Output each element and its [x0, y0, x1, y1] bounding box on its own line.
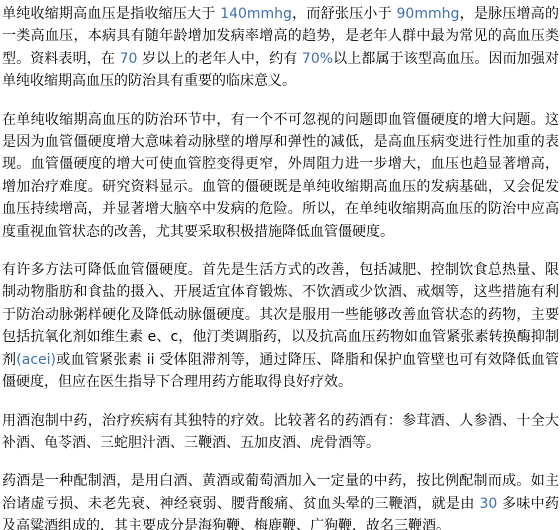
- highlighted-value: 30: [479, 496, 497, 512]
- paragraph-medicinal-wine-intro: 用酒泡制中药，治疗疾病有其独特的疗效。比较著名的药酒有：参茸酒、人参酒、十全大补…: [2, 410, 559, 455]
- text-run: ，而舒张压小于: [292, 6, 397, 22]
- paragraph-hypertension-intro: 单纯收缩期高血压是指收缩压大于 140mmhg，而舒张压小于 90mmhg，是脉…: [2, 3, 559, 93]
- highlighted-value: 140mmhg: [220, 6, 292, 22]
- highlighted-value: (acei): [16, 352, 56, 368]
- highlighted-value: 70%: [302, 51, 333, 67]
- highlighted-value: 90mmhg: [397, 6, 460, 22]
- text-run: 药酒是一种配制酒，是用白酒、黄酒或葡萄酒加入一定量的中药，按比例配制而成。如主治…: [2, 473, 559, 511]
- paragraph-vascular-stiffness: 在单纯收缩期高血压的防治环节中，有一个不可忽视的问题即血管僵硬度的增大问题。这是…: [2, 109, 559, 243]
- text-run: 在单纯收缩期高血压的防治环节中，有一个不可忽视的问题即血管僵硬度的增大问题。这是…: [2, 112, 559, 240]
- article-page: 单纯收缩期高血压是指收缩压大于 140mmhg，而舒张压小于 90mmhg，是脉…: [0, 0, 560, 530]
- text-run: 用酒泡制中药，治疗疾病有其独特的疗效。比较著名的药酒有：参茸酒、人参酒、十全大补…: [2, 413, 559, 451]
- paragraph-treatment-methods: 有许多方法可降低血管僵硬度。首先是生活方式的改善，包括减肥、控制饮食总热量、限制…: [2, 259, 559, 393]
- text-run: 岁以上的老年人中，约有: [137, 51, 302, 67]
- highlighted-value: 70: [120, 51, 138, 67]
- paragraph-medicinal-wine-recipe: 药酒是一种配制酒，是用白酒、黄酒或葡萄酒加入一定量的中药，按比例配制而成。如主治…: [2, 470, 559, 530]
- text-run: 单纯收缩期高血压是指收缩压大于: [2, 6, 220, 22]
- text-run: 或血管紧张素 ii 受体阻滞剂等，通过降压、降脂和保护血管壁也可有效降低血管僵硬…: [2, 352, 559, 390]
